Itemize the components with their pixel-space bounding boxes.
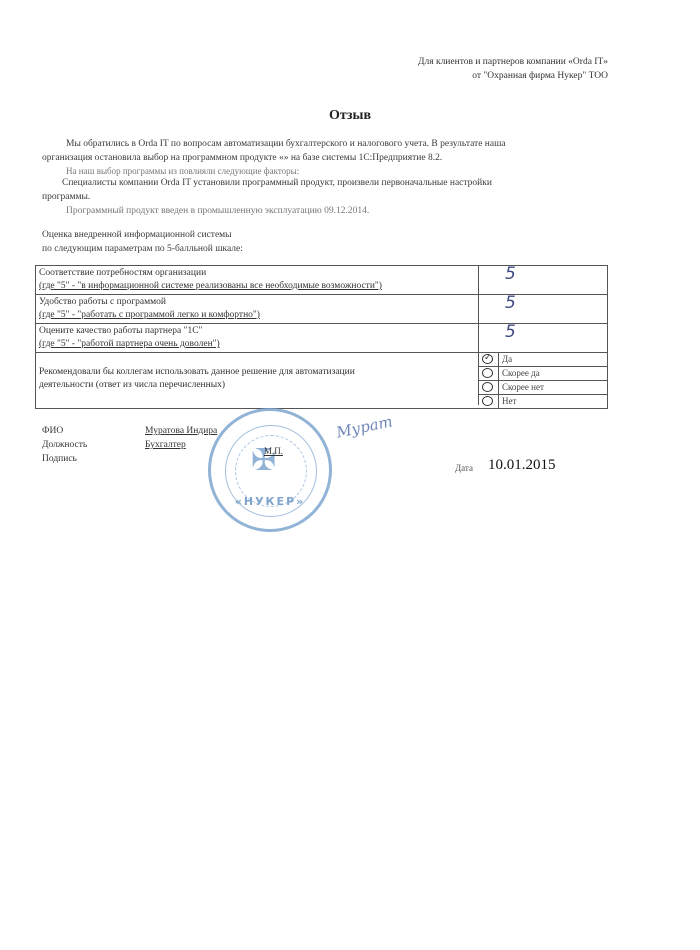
page-title: Отзыв <box>0 108 700 124</box>
signature-label: Подпись <box>42 452 87 466</box>
radio-icon[interactable] <box>479 395 499 408</box>
recommend-question-cell: Рекомендовали бы коллегам использовать д… <box>36 353 479 405</box>
score-value: 5 <box>505 293 516 313</box>
fio-label: ФИО <box>42 424 87 438</box>
question-text: Удобство работы с программой <box>39 296 475 309</box>
score-cell[interactable]: 5 <box>479 324 607 352</box>
table-row: Соответствие потребностям организации (г… <box>36 266 607 295</box>
paragraph-specialists-cont: программы. <box>42 190 90 204</box>
evaluation-intro: Оценка внедренной информационной системы… <box>42 228 243 256</box>
stamp-mark: М.П. <box>264 446 283 456</box>
recommend-question-line-1: Рекомендовали бы коллегам использовать д… <box>39 366 355 379</box>
position-value: Бухгалтер <box>145 438 186 452</box>
table-row: Удобство работы с программой (где "5" - … <box>36 295 607 324</box>
option-no[interactable]: Нет <box>479 395 607 408</box>
score-cell[interactable]: 5 <box>479 295 607 323</box>
table-row-recommend: Рекомендовали бы коллегам использовать д… <box>36 353 607 408</box>
paragraph-specialists: Специалисты компании Orda IT установили … <box>42 176 608 190</box>
question-text: Соответствие потребностям организации <box>39 267 475 280</box>
option-rather-yes[interactable]: Скорее да <box>479 367 607 381</box>
question-hint: (где "5" - "работать с программой легко … <box>39 309 475 322</box>
evaluation-intro-line-1: Оценка внедренной информационной системы <box>42 228 243 242</box>
score-value: 5 <box>505 322 516 342</box>
paragraph-intro-line-1: Мы обратились в Orda IT по вопросам авто… <box>66 139 506 149</box>
option-label: Скорее да <box>499 367 540 380</box>
paragraph-intro-cont: организация остановила выбор на программ… <box>42 151 608 165</box>
question-cell: Оцените качество работы партнера "1С" (г… <box>36 324 479 352</box>
recommend-question-line-2: деятельности (ответ из числа перечисленн… <box>39 379 355 392</box>
position-label: Должность <box>42 438 87 452</box>
header-line-2: от "Охранная фирма Нукер" ТОО <box>418 69 608 83</box>
score-value: 5 <box>505 264 516 284</box>
question-hint: (где "5" - "в информационной системе реа… <box>39 280 475 293</box>
header-line-1: Для клиентов и партнеров компании «Orda … <box>418 55 608 69</box>
option-rather-no[interactable]: Скорее нет <box>479 381 607 395</box>
question-hint: (где "5" - "работой партнера очень довол… <box>39 338 475 351</box>
date-label: Дата <box>455 463 473 473</box>
option-label: Да <box>499 353 512 366</box>
fio-value: Муратова Индира <box>145 424 217 438</box>
evaluation-intro-line-2: по следующим параметрам по 5-балльной шк… <box>42 242 243 256</box>
radio-checked-icon[interactable] <box>479 353 499 366</box>
radio-icon[interactable] <box>479 381 499 394</box>
table-row: Оцените качество работы партнера "1С" (г… <box>36 324 607 353</box>
handwritten-signature: Мурат <box>335 412 394 441</box>
question-text: Оцените качество работы партнера "1С" <box>39 325 475 338</box>
sign-labels: ФИО Должность Подпись <box>42 424 87 466</box>
paragraph-commissioning: Программный продукт введен в промышленну… <box>66 204 369 218</box>
evaluation-table: Соответствие потребностям организации (г… <box>35 265 608 409</box>
stamp-name: «НУКЕР» <box>211 495 329 508</box>
option-label: Нет <box>499 395 516 408</box>
option-label: Скорее нет <box>499 381 544 394</box>
option-yes[interactable]: Да <box>479 353 607 367</box>
header-addressee: Для клиентов и партнеров компании «Orda … <box>418 55 608 83</box>
recommend-options: Да Скорее да Скорее нет Нет <box>479 353 607 408</box>
date-value: 10.01.2015 <box>488 457 556 474</box>
radio-icon[interactable] <box>479 367 499 380</box>
paragraph-intro: Мы обратились в Orda IT по вопросам авто… <box>42 137 608 151</box>
question-cell: Удобство работы с программой (где "5" - … <box>36 295 479 323</box>
score-cell[interactable]: 5 <box>479 266 607 294</box>
question-cell: Соответствие потребностям организации (г… <box>36 266 479 294</box>
company-stamp-icon: ✠ «НУКЕР» <box>208 408 332 532</box>
